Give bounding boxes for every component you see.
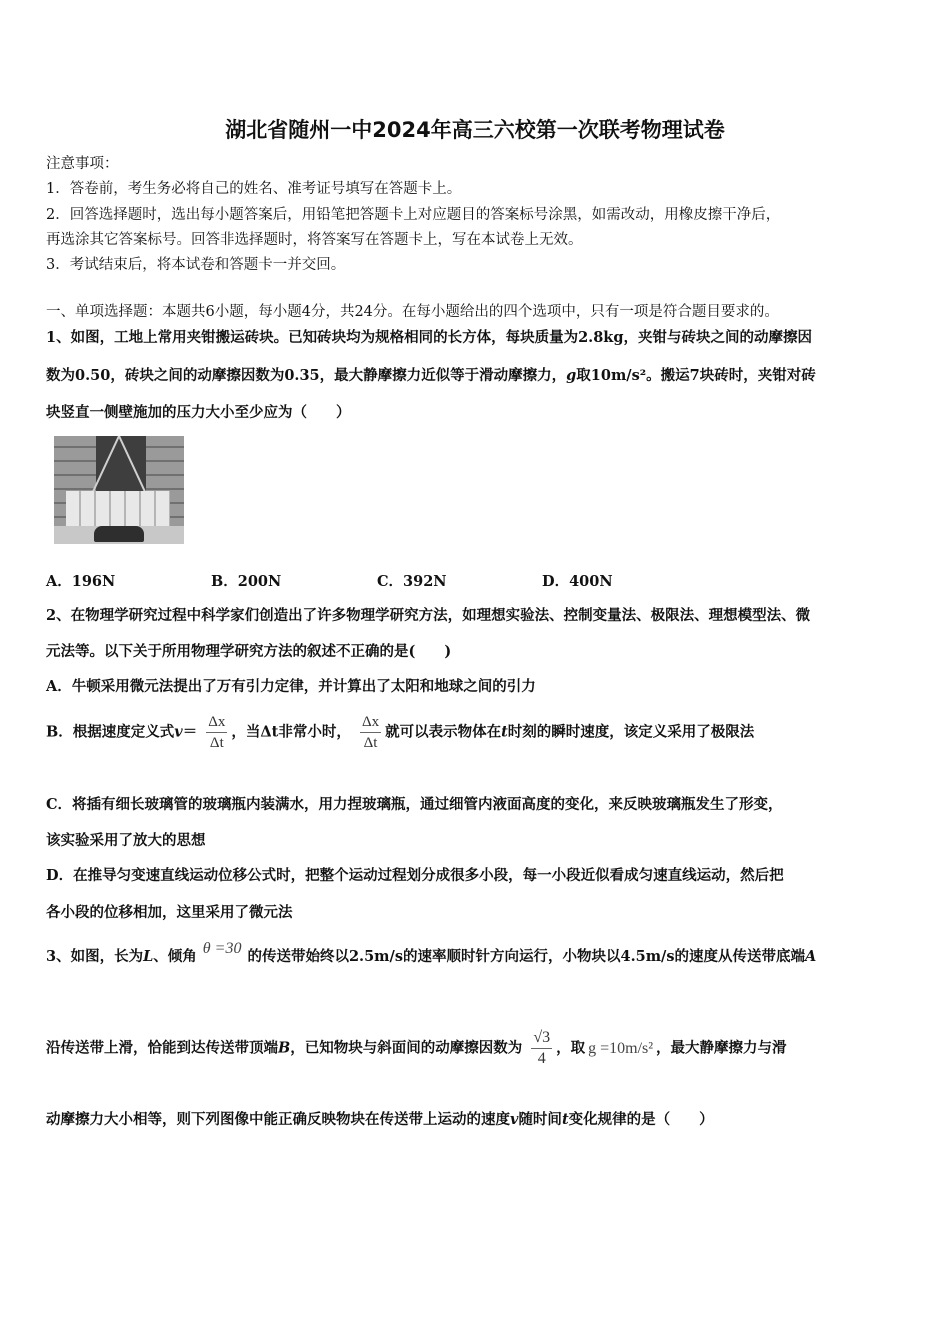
t-symbol: t (501, 724, 508, 741)
q3-l2-c: ，取 (556, 1040, 585, 1057)
q2-b-suffix-a: 就可以表示物体在 (385, 724, 501, 741)
q2-option-c-2: 该实验采用了放大的思想 (46, 829, 206, 850)
q3-line-3: 动摩擦力大小相等，则下列图像中能正确反映物块在传送带上运动的速度v随时间t变化规… (46, 1108, 714, 1129)
q3-l1-a: 3、如图，长为 (46, 948, 143, 965)
g-symbol: g (566, 367, 576, 384)
q1-line-2-text: 数为0.50，砖块之间的动摩擦因数为0.35，最大静摩擦力近似等于滑动摩擦力， (46, 367, 566, 384)
q3-line-1: 3、如图，长为L、倾角θ =30的传送带始终以2.5m/s的速率顺时针方向运行，… (46, 945, 816, 966)
notice-item-2-cont: 再选涂其它答案标号。回答非选择题时，将答案写在答题卡上，写在本试卷上无效。 (46, 228, 583, 249)
q2-option-d-2: 各小段的位移相加，这里采用了微元法 (46, 901, 293, 922)
q1-option-a: A．196N (46, 570, 115, 591)
equals: ＝ (183, 724, 198, 741)
fraction-mu: √34 (531, 1028, 552, 1069)
q2-b-mid: ，当Δt非常小时， (231, 724, 350, 741)
q1-line-3: 块竖直一侧壁施加的压力大小至少应为（ ） (46, 401, 351, 422)
fraction-dx-dt-2: ΔxΔt (360, 712, 381, 753)
A-symbol: A (805, 948, 816, 965)
theta-expression: θ =30 (203, 940, 242, 957)
q2-option-c-1: C．将插有细长玻璃管的玻璃瓶内装满水，用力捏玻璃瓶，通过细管内液面高度的变化，来… (46, 793, 783, 814)
q3-line-2: 沿传送带上滑，恰能到达传送带顶端B，已知物块与斜面间的动摩擦因数为 √34，取g… (46, 1028, 787, 1069)
q3-l2-d: ，最大静摩擦力与滑 (656, 1040, 787, 1057)
q2-line-2: 元法等。以下关于所用物理学研究方法的叙述不正确的是( ) (46, 640, 451, 661)
t-symbol: t (562, 1111, 569, 1128)
q1-option-b: B．200N (211, 570, 281, 591)
q1-option-d: D．400N (542, 570, 613, 591)
q3-l2-a: 沿传送带上滑，恰能到达传送带顶端 (46, 1040, 278, 1057)
q3-l2-b: ，已知物块与斜面间的动摩擦因数为 (290, 1040, 522, 1057)
exam-page: 湖北省随州一中2024年高三六校第一次联考物理试卷 注意事项： 1．答卷前，考生… (0, 0, 950, 1344)
q2-b-prefix: B．根据速度定义式 (46, 724, 174, 741)
q1-line-2: 数为0.50，砖块之间的动摩擦因数为0.35，最大静摩擦力近似等于滑动摩擦力，g… (46, 364, 816, 385)
q2-option-d-1: D．在推导匀变速直线运动位移公式时，把整个运动过程划分成很多小段，每一小段近似看… (46, 864, 784, 885)
q3-l3-c: 变化规律的是（ ） (569, 1111, 714, 1128)
notice-item-1: 1．答卷前，考生务必将自己的姓名、准考证号填写在答题卡上。 (46, 177, 461, 198)
g-equation: g =10m/s² (588, 1040, 653, 1057)
v-symbol: v (174, 724, 182, 741)
q2-b-suffix-b: 时刻的瞬时速度，该定义采用了极限法 (508, 724, 755, 741)
L-symbol: L (143, 948, 153, 965)
page-title: 湖北省随州一中2024年高三六校第一次联考物理试卷 (0, 114, 950, 144)
B-symbol: B (278, 1040, 290, 1057)
q3-l1-b: 、倾角 (153, 948, 197, 965)
notice-heading: 注意事项： (46, 152, 119, 173)
fraction-dx-dt: ΔxΔt (206, 712, 227, 753)
q1-line-1: 1、如图，工地上常用夹钳搬运砖块。已知砖块均为规格相同的长方体，每块质量为2.8… (46, 326, 812, 347)
q1-option-c: C．392N (377, 570, 447, 591)
q1-line-2-tail: 取10m/s²。搬运7块砖时，夹钳对砖 (576, 367, 815, 384)
q2-option-a: A．牛顿采用微元法提出了万有引力定律，并计算出了太阳和地球之间的引力 (46, 675, 536, 696)
q3-l3-b: 随时间 (518, 1111, 562, 1128)
section-heading: 一、单项选择题：本题共6小题，每小题4分，共24分。在每小题给出的四个选项中，只… (46, 300, 779, 321)
brick-clamp-photo (54, 436, 184, 544)
q3-l1-c: 的传送带始终以2.5m/s的速率顺时针方向运行，小物块以4.5m/s的速度从传送… (247, 948, 805, 965)
notice-item-2: 2．回答选择题时，选出每小题答案后，用铅笔把答题卡上对应题目的答案标号涂黑，如需… (46, 203, 780, 224)
notice-item-3: 3．考试结束后，将本试卷和答题卡一并交回。 (46, 253, 345, 274)
q2-option-b: B．根据速度定义式v＝ ΔxΔt，当Δt非常小时， ΔxΔt就可以表示物体在t时… (46, 712, 754, 753)
q2-line-1: 2、在物理学研究过程中科学家们创造出了许多物理学研究方法，如理想实验法、控制变量… (46, 604, 810, 625)
q3-l3-a: 动摩擦力大小相等，则下列图像中能正确反映物块在传送带上运动的速度 (46, 1111, 510, 1128)
